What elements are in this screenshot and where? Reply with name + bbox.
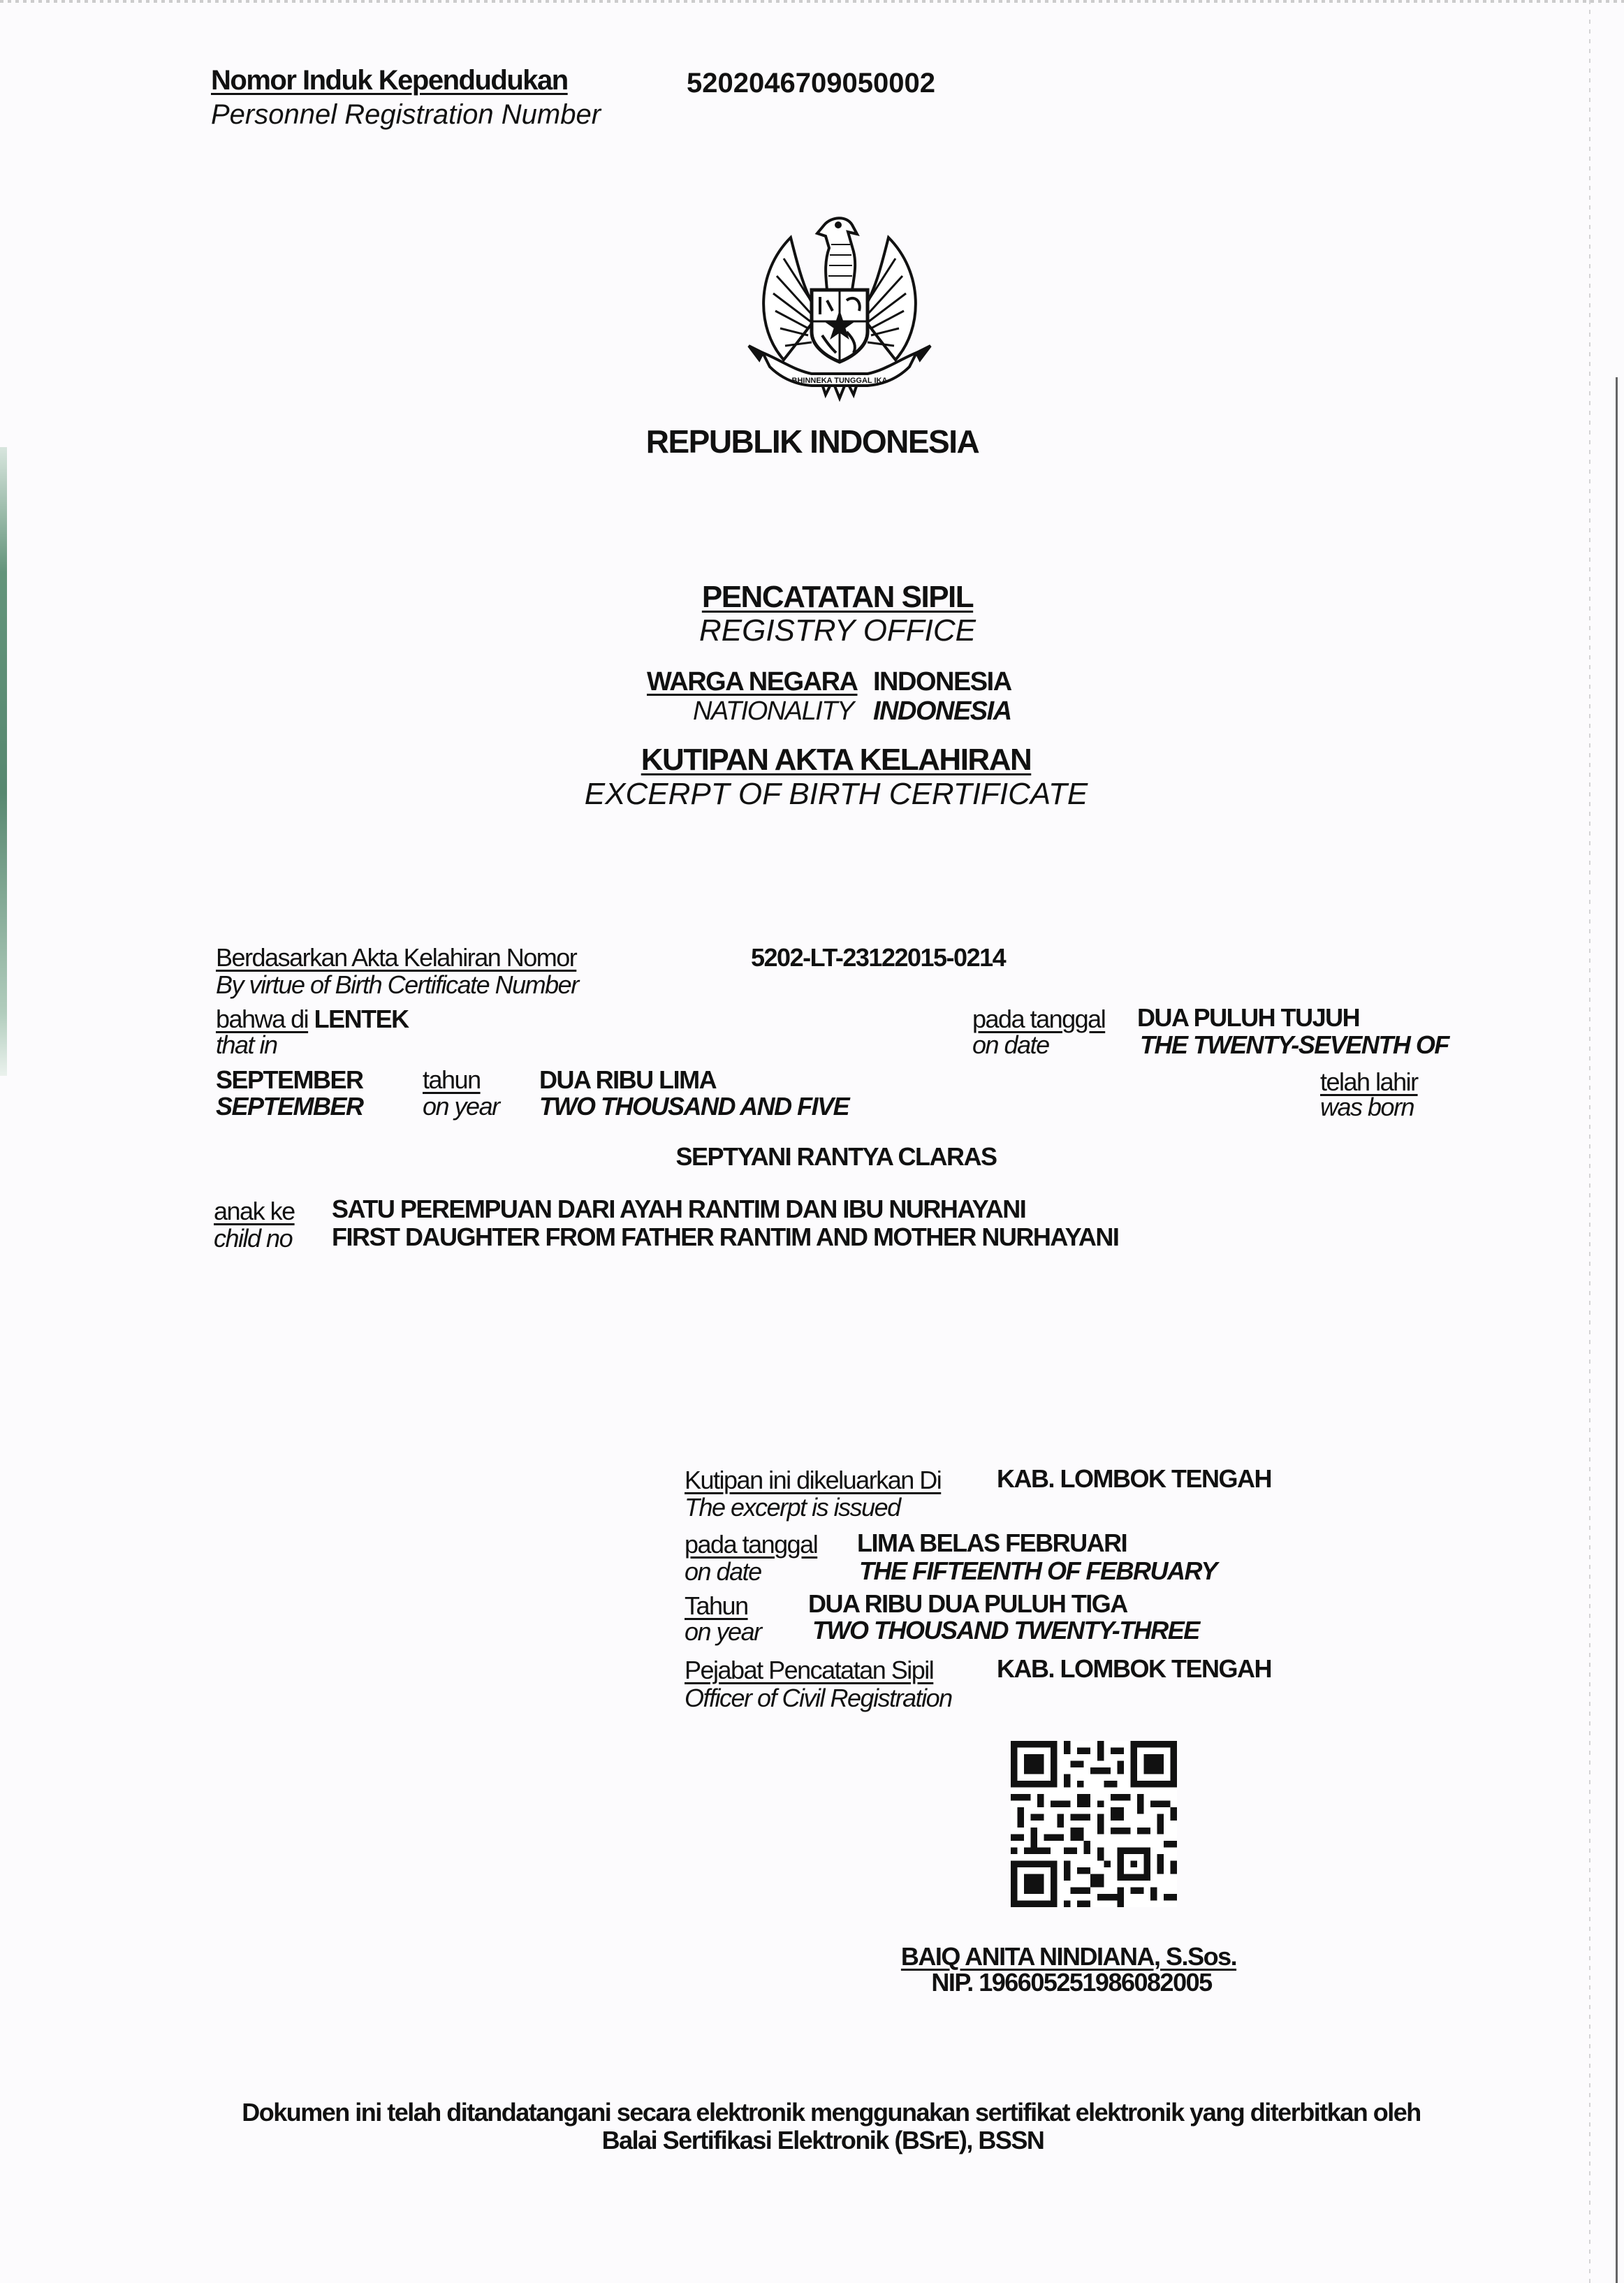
- footer-notice-line2: Balai Sertifikasi Elektronik (BSrE), BSS…: [602, 2126, 1044, 2155]
- issue-year-label-en: on year: [685, 1617, 761, 1647]
- child-no-value: SATU PEREMPUAN DARI AYAH RANTIM DAN IBU …: [332, 1195, 1025, 1224]
- office-title: PENCATATAN SIPIL: [702, 580, 973, 615]
- nationality-label: WARGA NEGARA: [647, 667, 857, 697]
- nik-value: 5202046709050002: [687, 68, 935, 99]
- scan-edge-top: [0, 0, 1624, 3]
- scan-edge-right: [1616, 377, 1618, 2283]
- child-no-label: anak ke: [214, 1197, 295, 1226]
- signatory-name: BAIQ ANITA NINDIANA, S.Sos.: [901, 1942, 1236, 1971]
- place-label: bahwa di: [216, 1005, 308, 1033]
- nationality-value-en: INDONESIA: [873, 696, 1011, 727]
- issued-value: KAB. LOMBOK TENGAH: [997, 1464, 1271, 1494]
- scan-edge-left: [0, 447, 7, 1076]
- officer-value: KAB. LOMBOK TENGAH: [997, 1654, 1271, 1684]
- birth-date-value-en: THE TWENTY-SEVENTH OF: [1140, 1030, 1449, 1060]
- place-value: LENTEK: [314, 1005, 409, 1033]
- birth-year-label: tahun: [423, 1065, 481, 1095]
- birth-year-label-en: on year: [423, 1092, 499, 1121]
- signatory-nip: NIP. 196605251986082005: [931, 1968, 1211, 1997]
- nationality-label-en: NATIONALITY: [693, 696, 854, 727]
- issued-label: Kutipan ini dikeluarkan Di: [685, 1466, 941, 1495]
- issue-year-value: DUA RIBU DUA PULUH TIGA: [808, 1589, 1127, 1619]
- place-row: bahwa di LENTEK: [216, 1005, 409, 1034]
- issue-date-label-en: on date: [685, 1557, 761, 1587]
- nik-label-en: Personnel Registration Number: [211, 99, 601, 131]
- birth-date-value: DUA PULUH TUJUH: [1137, 1003, 1359, 1033]
- footer-notice-line1: Dokumen ini telah ditandatangani secara …: [242, 2098, 1420, 2127]
- paper-fold-line: [1589, 0, 1590, 2283]
- svg-text:BHINNEKA TUNGGAL IKA: BHINNEKA TUNGGAL IKA: [792, 377, 888, 385]
- issue-date-label: pada tanggal: [685, 1530, 817, 1559]
- officer-label: Pejabat Pencatatan Sipil: [685, 1656, 933, 1685]
- nationality-value: INDONESIA: [873, 667, 1011, 697]
- issue-date-value: LIMA BELAS FEBRUARI: [857, 1529, 1127, 1558]
- birth-month-value: SEPTEMBER: [216, 1065, 363, 1095]
- document-title-en: EXCERPT OF BIRTH CERTIFICATE: [585, 777, 1088, 812]
- issued-label-en: The excerpt is issued: [685, 1493, 900, 1522]
- child-name: SEPTYANI RANTYA CLARAS: [675, 1142, 996, 1172]
- cert-number-label-en: By virtue of Birth Certificate Number: [216, 970, 578, 1000]
- qr-code-icon: [1011, 1741, 1177, 1907]
- cert-number-label: Berdasarkan Akta Kelahiran Nomor: [216, 943, 576, 972]
- officer-label-en: Officer of Civil Registration: [685, 1684, 952, 1713]
- child-no-value-en: FIRST DAUGHTER FROM FATHER RANTIM AND MO…: [332, 1223, 1118, 1252]
- issue-date-value-en: THE FIFTEENTH OF FEBRUARY: [859, 1556, 1217, 1586]
- garuda-pancasila-emblem-icon: BHINNEKA TUNGGAL IKA: [742, 210, 937, 412]
- birth-month-value-en: SEPTEMBER: [216, 1092, 363, 1121]
- document-title: KUTIPAN AKTA KELAHIRAN: [641, 743, 1032, 778]
- issue-year-value-en: TWO THOUSAND TWENTY-THREE: [812, 1616, 1199, 1645]
- birth-date-label-en: on date: [972, 1030, 1049, 1060]
- place-label-en: that in: [216, 1030, 277, 1060]
- cert-number-value: 5202-LT-23122015-0214: [751, 943, 1005, 972]
- birth-year-value: DUA RIBU LIMA: [539, 1065, 716, 1095]
- country-title: REPUBLIK INDONESIA: [646, 423, 979, 460]
- birth-date-label: pada tanggal: [972, 1005, 1105, 1034]
- born-label-en: was born: [1320, 1093, 1414, 1122]
- birth-year-value-en: TWO THOUSAND AND FIVE: [539, 1092, 849, 1121]
- nik-label: Nomor Induk Kependudukan: [211, 65, 568, 96]
- child-no-label-en: child no: [214, 1224, 292, 1253]
- issue-year-label: Tahun: [685, 1591, 748, 1621]
- office-title-en: REGISTRY OFFICE: [699, 613, 976, 648]
